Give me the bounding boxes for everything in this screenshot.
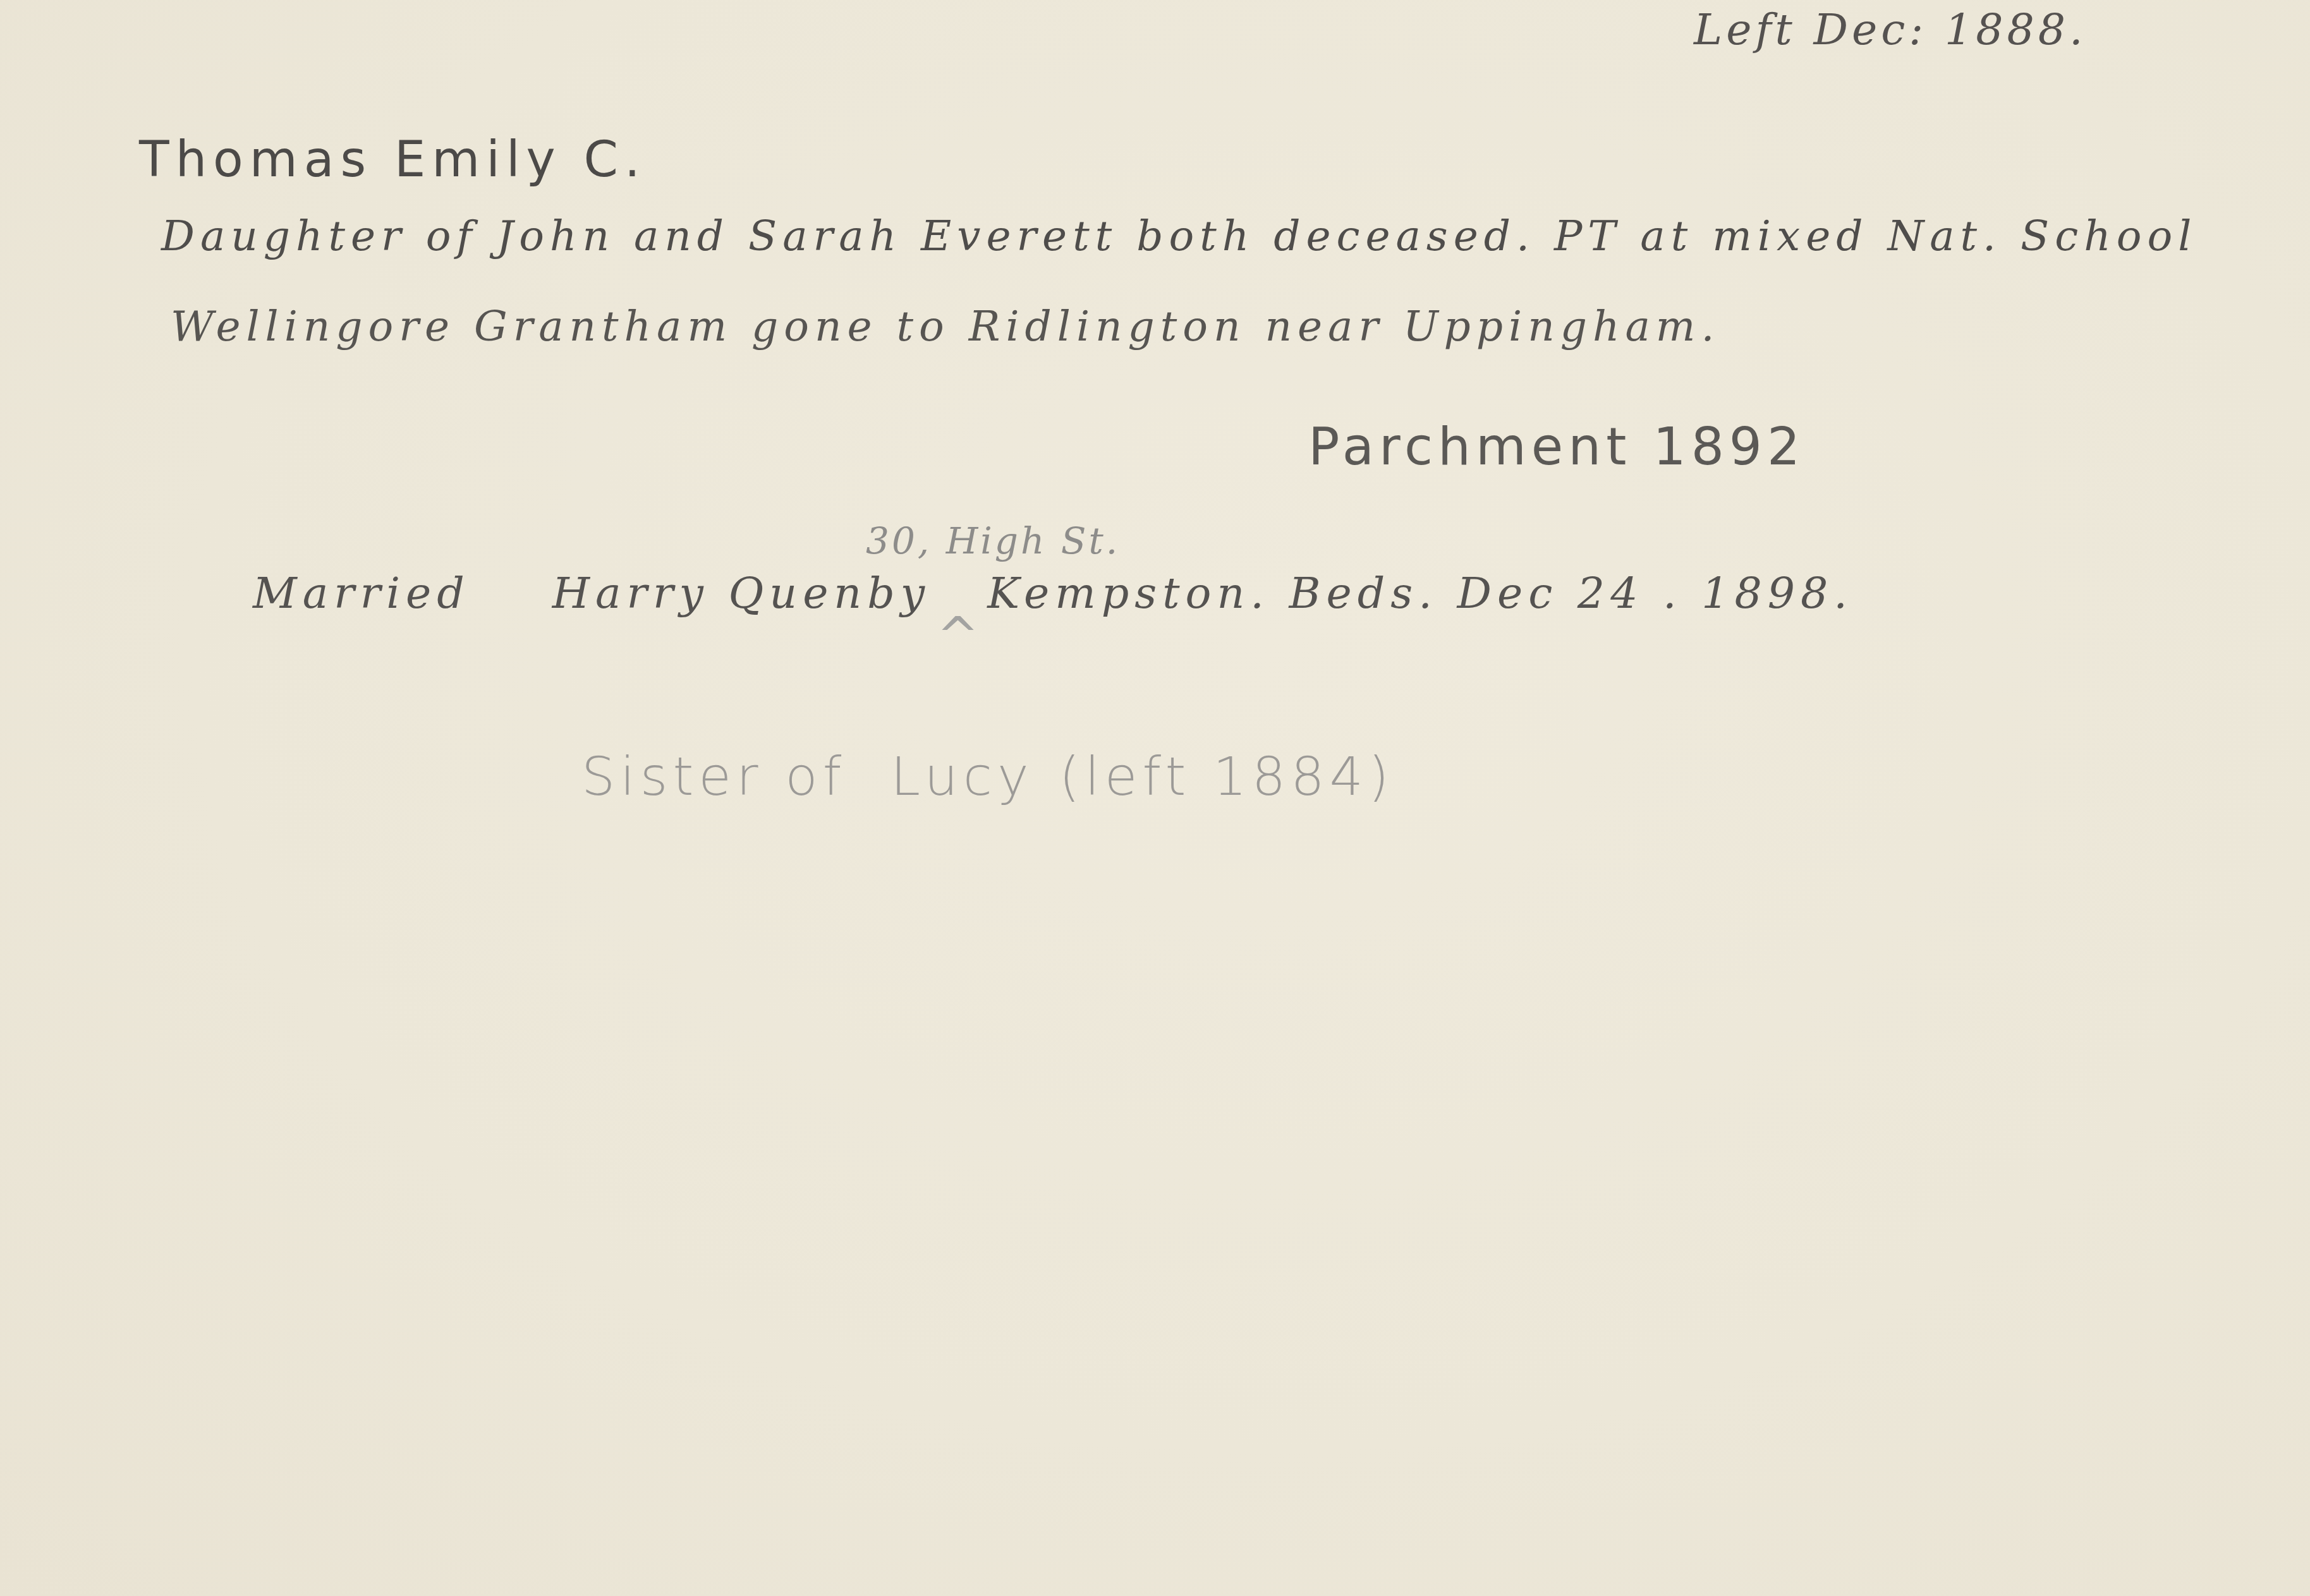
record-card: Left Dec: 1888. Thomas Emily C. Daughter…	[0, 0, 2310, 1596]
marriage-line: MarriedHarry QuenbyKempston. Beds. Dec 2…	[253, 569, 1853, 619]
spouse-name: Harry Quenby	[552, 569, 930, 619]
marriage-place-date: Kempston. Beds. Dec 24 . 1898.	[987, 569, 1853, 619]
insertion-caret-icon: ^	[937, 607, 983, 665]
description-line-2: Wellingore Grantham gone to Ridlington n…	[171, 302, 1720, 351]
married-label: Married	[253, 569, 470, 619]
sibling-prefix: Sister of	[581, 746, 846, 807]
person-name: Thomas Emily C.	[139, 131, 647, 188]
sibling-detail: (left 1884)	[1059, 746, 1394, 807]
sibling-note: Sister ofLucy(left 1884)	[581, 746, 1394, 807]
address-insert: 30, High St.	[866, 519, 1120, 562]
parchment-note: Parchment 1892	[1308, 417, 1805, 477]
sibling-name: Lucy	[891, 746, 1033, 807]
description-line-1: Daughter of John and Sarah Everett both …	[161, 212, 2197, 260]
left-date-note: Left Dec: 1888.	[1694, 5, 2087, 55]
